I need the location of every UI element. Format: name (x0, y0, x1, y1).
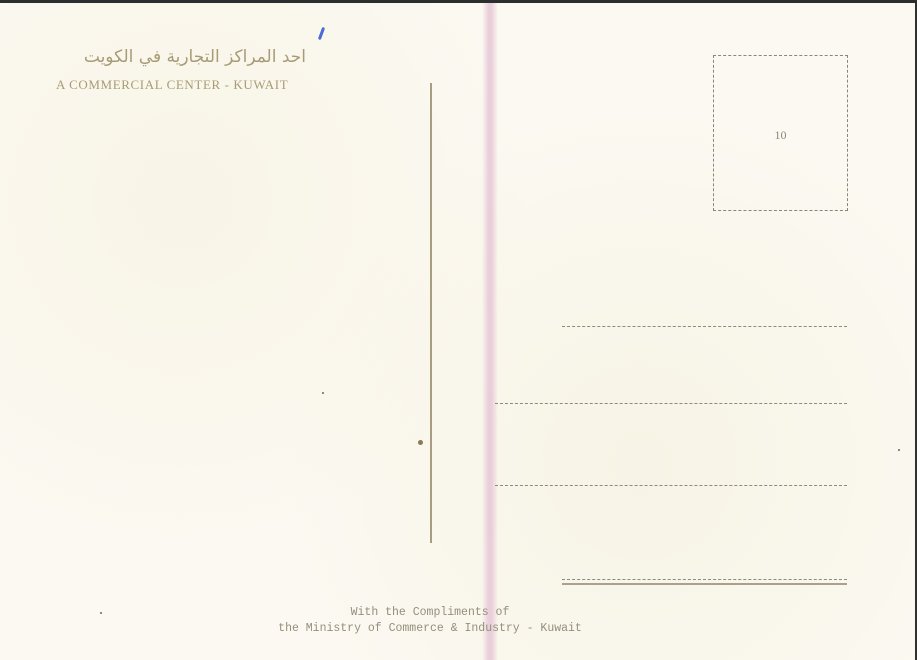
center-divider-line (430, 83, 432, 543)
postcard-back: احد المراكز التجارية في الكويت A COMMERC… (0, 3, 917, 660)
stamp-box: 10 (713, 55, 848, 211)
stamp-value: 10 (714, 128, 847, 143)
speck (418, 440, 423, 445)
footer-text: With the Compliments of the Ministry of … (270, 605, 590, 637)
footer-line-2: the Ministry of Commerce & Industry - Ku… (270, 621, 590, 637)
address-line-1 (562, 326, 847, 327)
speck (898, 449, 900, 451)
address-line-2 (495, 403, 847, 404)
fold-crease (482, 3, 498, 660)
arabic-title: احد المراكز التجارية في الكويت (50, 47, 306, 67)
speck (100, 612, 102, 614)
footer-line-1: With the Compliments of (270, 605, 590, 621)
address-underline (562, 583, 847, 585)
address-line-3 (495, 485, 847, 486)
english-title: A COMMERCIAL CENTER - KUWAIT (56, 77, 288, 93)
ink-mark (318, 27, 325, 40)
address-line-4 (562, 579, 847, 580)
speck (322, 392, 324, 394)
